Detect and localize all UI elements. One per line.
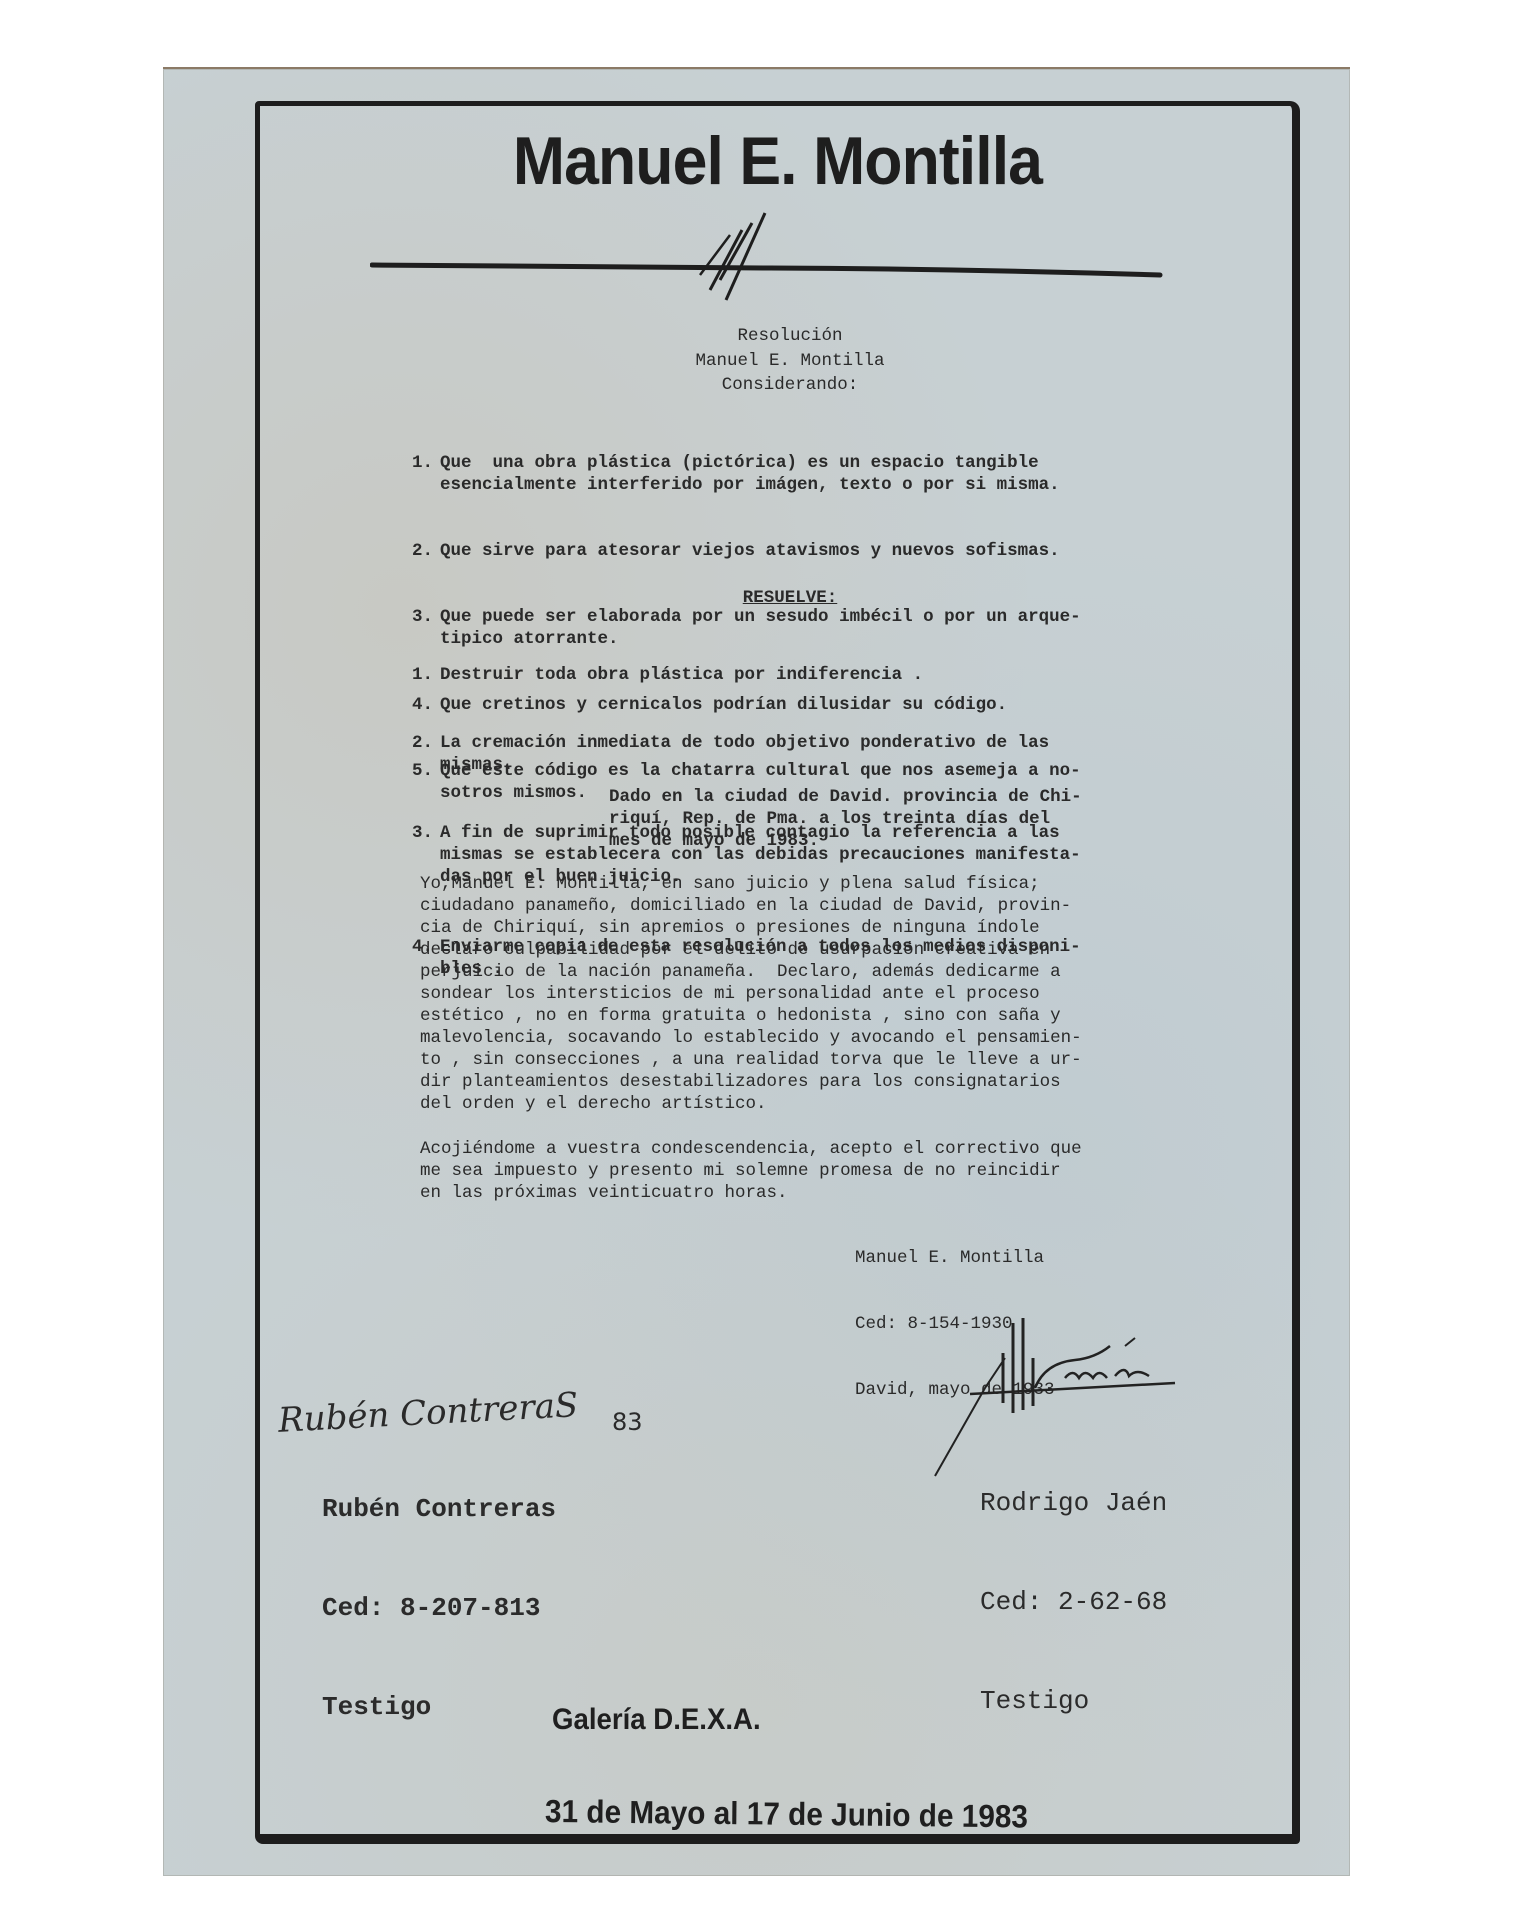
resuelve-item: 1.Destruir toda obra plástica por indife… (412, 664, 1172, 686)
resuelve-item: 2.La cremación inmediata de todo objetiv… (412, 732, 1172, 776)
considerando-heading: Considerando: (400, 374, 1180, 396)
gallery-name: Galería D.E.X.A. (552, 1703, 761, 1737)
witness-2-id: Ced: 2-62-68 (980, 1586, 1167, 1619)
witness-1-id: Ced: 8-207-813 (322, 1592, 556, 1625)
exhibition-dates: 31 de Mayo al 17 de Junio de 1983 (545, 1793, 1028, 1835)
witness-2-role: Testigo (980, 1685, 1167, 1718)
artist-name-title: Manuel E. Montilla (297, 122, 1258, 200)
resolution-heading: Resolución (400, 325, 1180, 347)
witness-2-block: Rodrigo Jaén Ced: 2-62-68 Testigo (980, 1421, 1167, 1751)
considerando-item: 2.Que sirve para atesorar viejos atavism… (412, 540, 1172, 562)
artist-signature-icon (370, 205, 1170, 315)
signatory-name: Manuel E. Montilla (855, 1247, 1055, 1269)
resolution-author: Manuel E. Montilla (400, 350, 1180, 372)
witness-2-name: Rodrigo Jaén (980, 1487, 1167, 1520)
acceptance-paragraph: Acojiéndome a vuestra condescendencia, a… (420, 1138, 1180, 1204)
witness-1-handwritten-year: 83 (612, 1408, 643, 1436)
witness-1-role: Testigo (322, 1691, 556, 1724)
dated-statement: Dado en la ciudad de David. provincia de… (609, 786, 1169, 852)
witness-1-block: Rubén Contreras Ced: 8-207-813 Testigo (322, 1427, 556, 1757)
witness-1-name: Rubén Contreras (322, 1493, 556, 1526)
declaration-paragraph: Yo,Manuel E. Montilla, en sano juicio y … (420, 873, 1180, 1115)
resuelve-heading: RESUELVE: (400, 587, 1180, 609)
considerando-item: 1.Que una obra plástica (pictórica) es u… (412, 452, 1172, 496)
